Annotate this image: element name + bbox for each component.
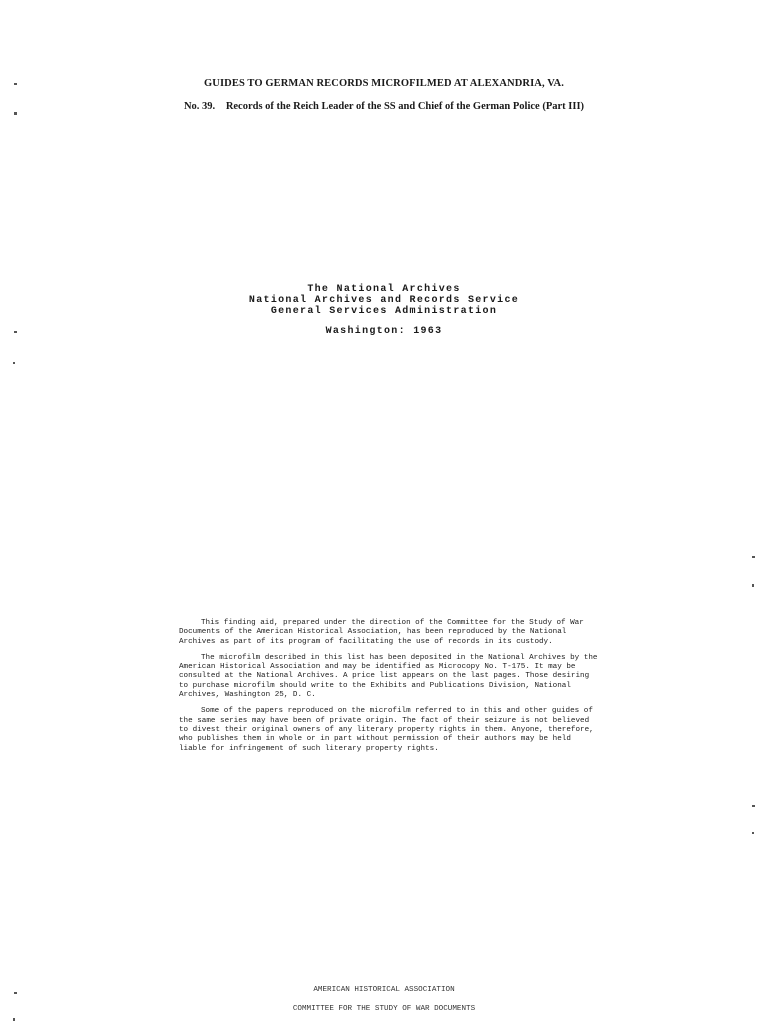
scan-mark bbox=[752, 805, 755, 807]
series-title: GUIDES TO GERMAN RECORDS MICROFILMED AT … bbox=[0, 78, 768, 89]
scan-mark bbox=[752, 584, 754, 587]
guide-title-text: Records of the Reich Leader of the SS an… bbox=[226, 101, 584, 112]
scan-mark bbox=[14, 83, 17, 85]
scan-mark bbox=[14, 331, 17, 333]
publication-place-date: Washington: 1963 bbox=[0, 326, 768, 337]
publisher-line: The National Archives bbox=[0, 284, 768, 295]
guide-number: No. 39. bbox=[184, 101, 215, 112]
scan-mark bbox=[13, 362, 15, 364]
notice-text: This finding aid, prepared under the dir… bbox=[179, 619, 599, 761]
scan-mark bbox=[752, 556, 755, 558]
footer-committee: COMMITTEE FOR THE STUDY OF WAR DOCUMENTS bbox=[0, 1005, 768, 1013]
publisher-block: The National Archives National Archives … bbox=[0, 284, 768, 317]
scan-mark bbox=[14, 992, 17, 994]
footer-association: AMERICAN HISTORICAL ASSOCIATION bbox=[0, 986, 768, 994]
guide-title: No. 39. Records of the Reich Leader of t… bbox=[0, 101, 768, 112]
publisher-line: National Archives and Records Service bbox=[0, 295, 768, 306]
scan-mark bbox=[14, 112, 17, 115]
paragraph: Some of the papers reproduced on the mic… bbox=[179, 707, 599, 753]
publisher-line: General Services Administration bbox=[0, 306, 768, 317]
paragraph: The microfilm described in this list has… bbox=[179, 654, 599, 700]
paragraph: This finding aid, prepared under the dir… bbox=[179, 619, 599, 647]
scan-mark bbox=[752, 832, 754, 834]
scan-mark bbox=[13, 1018, 15, 1021]
